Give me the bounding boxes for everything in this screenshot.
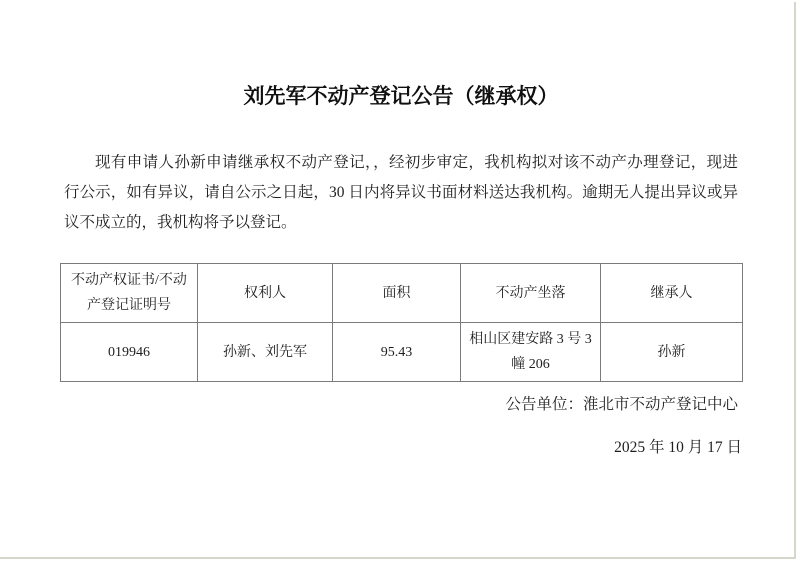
cell-inheritor: 孙新 bbox=[601, 323, 743, 382]
announcement-body-paragraph: 现有申请人孙新申请继承权不动产登记，，经初步审定，我机构拟对该不动产办理登记，现… bbox=[64, 148, 738, 238]
header-area: 面积 bbox=[333, 264, 461, 323]
document-page: 刘先军不动产登记公告（继承权） 现有申请人孙新申请继承权不动产登记，，经初步审定… bbox=[0, 0, 800, 563]
date-line: 2025 年 10 月 17 日 bbox=[64, 438, 742, 458]
header-right-holder: 权利人 bbox=[198, 264, 333, 323]
cell-area: 95.43 bbox=[333, 323, 461, 382]
cell-certificate-number: 019946 bbox=[61, 323, 198, 382]
issuer-line: 公告单位：淮北市不动产登记中心 bbox=[64, 395, 738, 415]
announcement-table: 不动产权证书/不动产登记证明号 权利人 面积 不动产坐落 继承人 019946 … bbox=[60, 263, 743, 382]
header-property-location: 不动产坐落 bbox=[461, 264, 601, 323]
cell-property-location: 相山区建安路 3 号 3 幢 206 bbox=[461, 323, 601, 382]
page-edge-right bbox=[794, 2, 796, 559]
header-inheritor: 继承人 bbox=[601, 264, 743, 323]
page-edge-bottom bbox=[0, 557, 796, 559]
cell-right-holder: 孙新、刘先军 bbox=[198, 323, 333, 382]
header-certificate-number: 不动产权证书/不动产登记证明号 bbox=[61, 264, 198, 323]
document-title: 刘先军不动产登记公告（继承权） bbox=[64, 82, 738, 110]
table-row: 019946 孙新、刘先军 95.43 相山区建安路 3 号 3 幢 206 孙… bbox=[61, 323, 743, 382]
announcement-table-wrapper: 不动产权证书/不动产登记证明号 权利人 面积 不动产坐落 继承人 019946 … bbox=[60, 263, 738, 382]
table-header-row: 不动产权证书/不动产登记证明号 权利人 面积 不动产坐落 继承人 bbox=[61, 264, 743, 323]
